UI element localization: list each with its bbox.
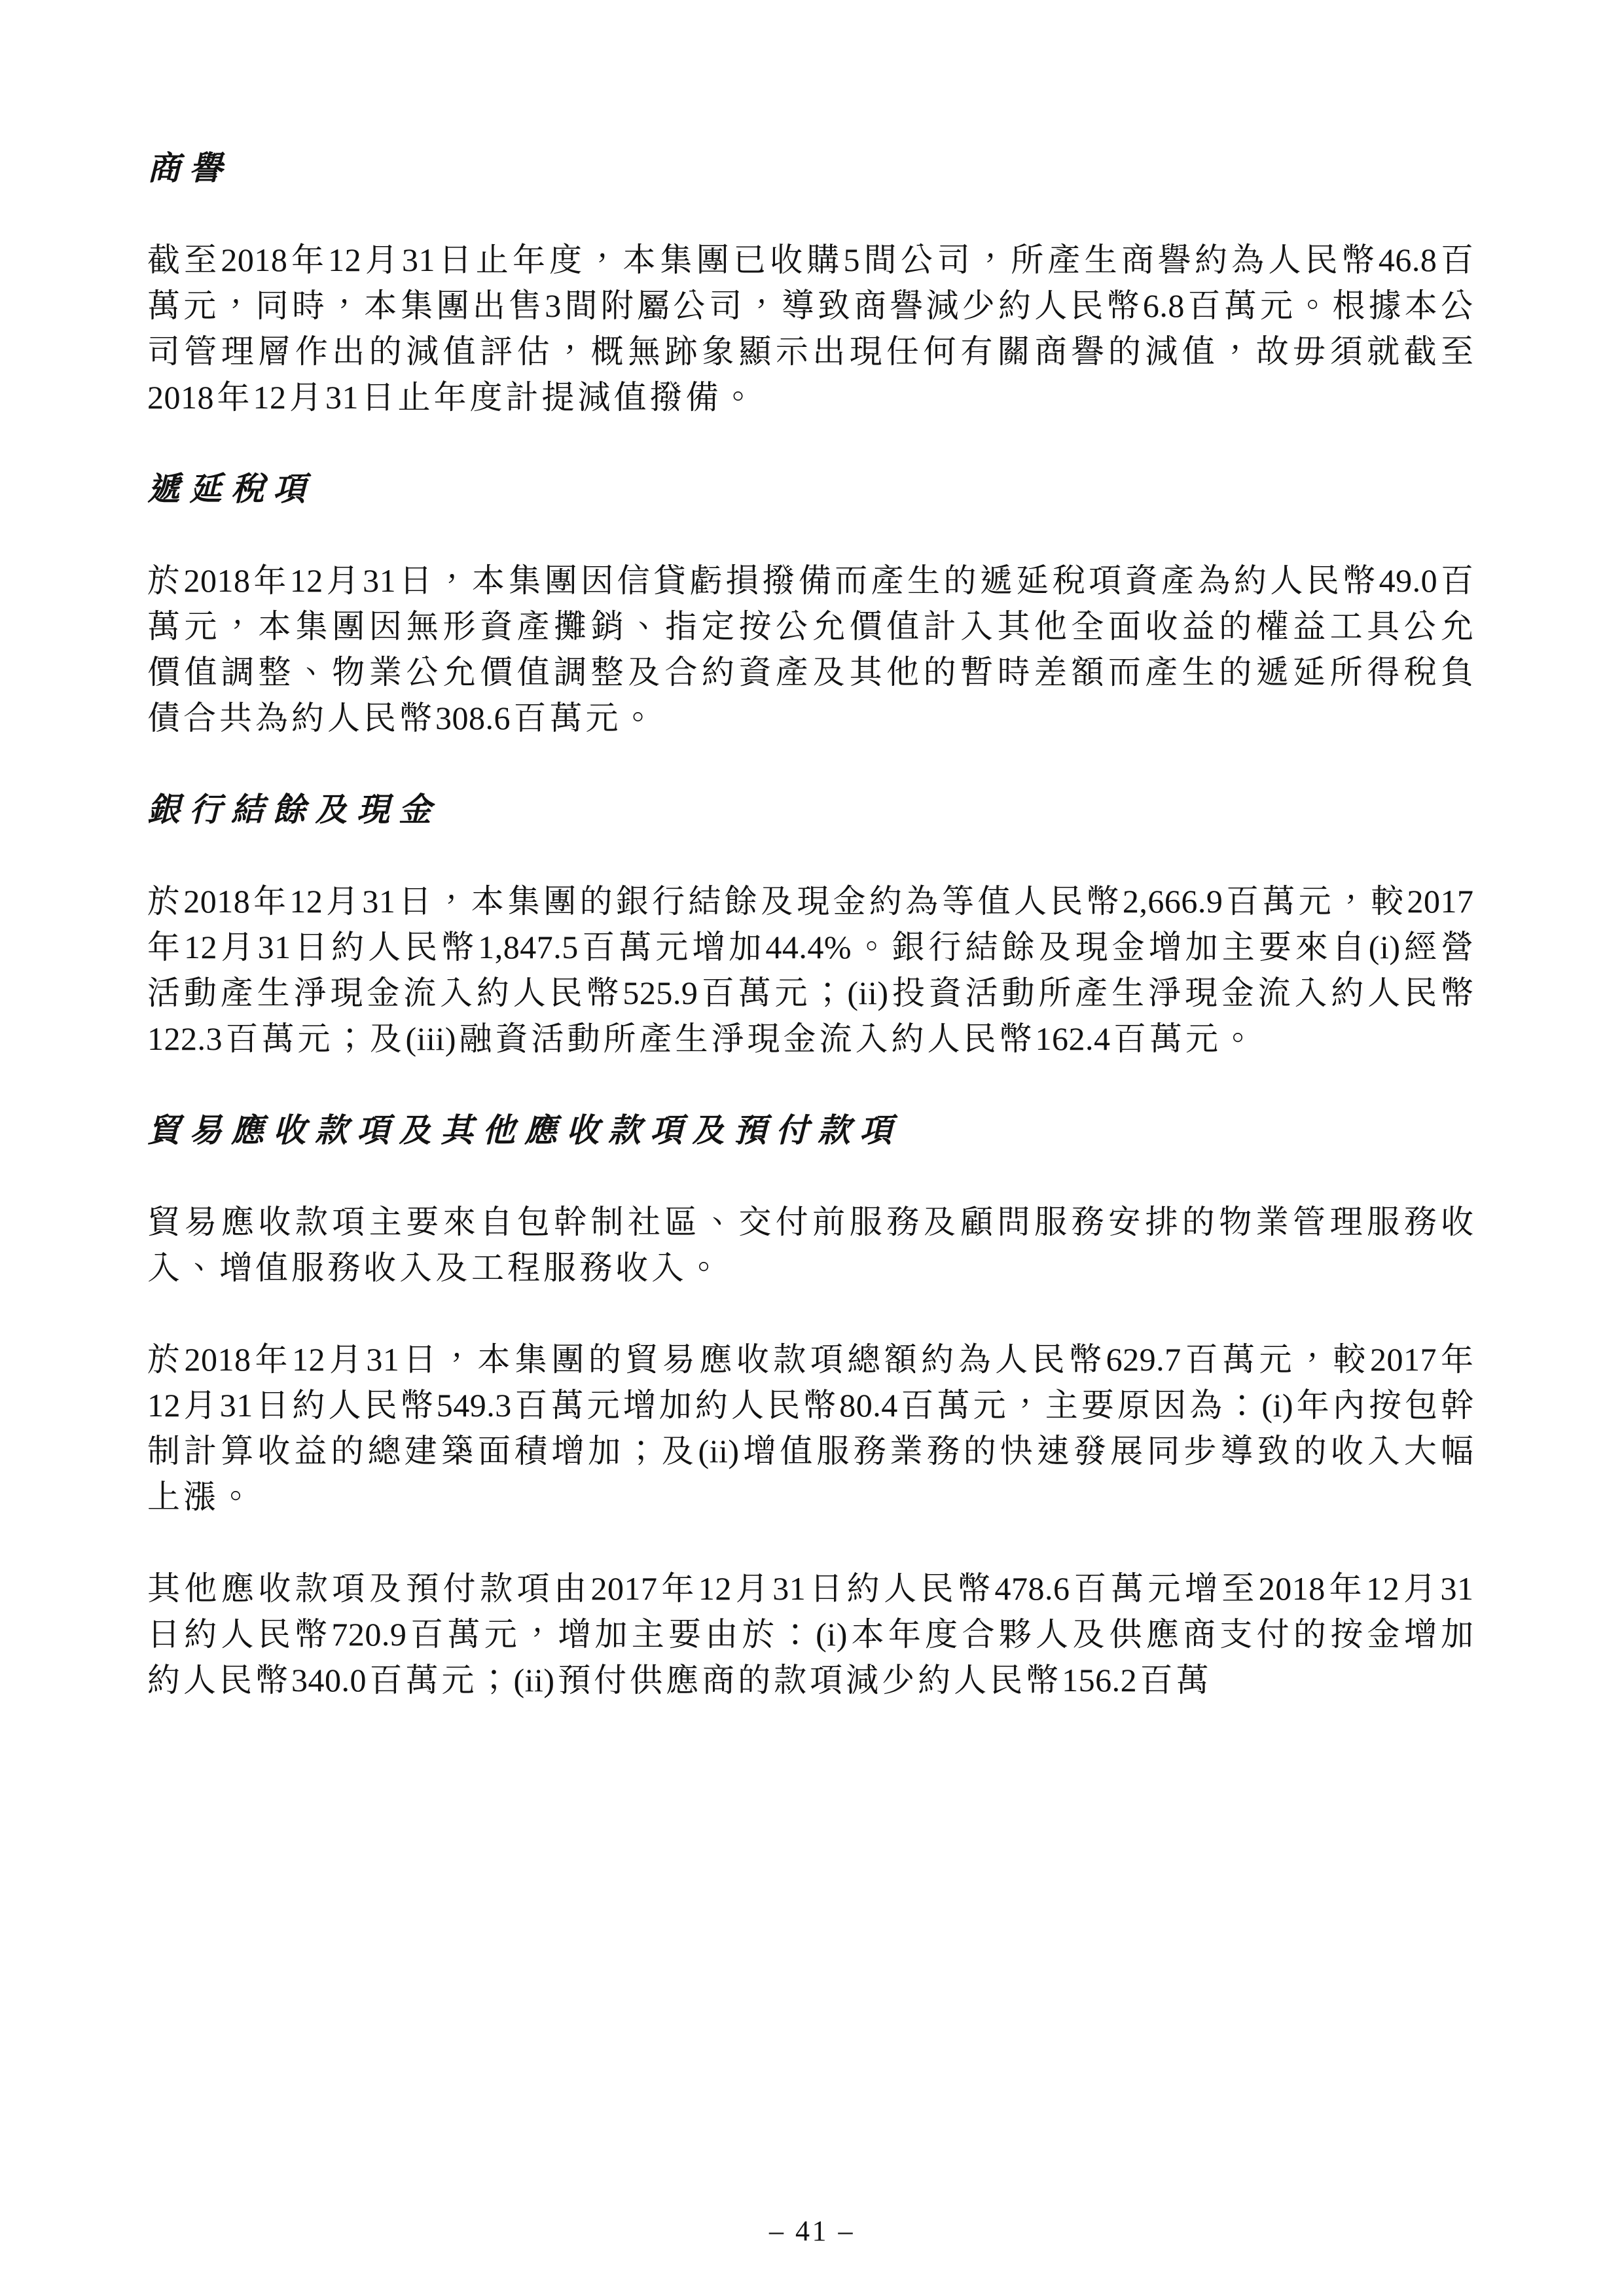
latin-run: 478.6 (994, 1570, 1070, 1607)
latin-run: 525.9 (623, 975, 698, 1011)
latin-run: 31 (362, 883, 395, 920)
latin-run: 31 (772, 1570, 806, 1607)
latin-run: 1,847.5 (478, 929, 579, 965)
latin-run: (ii) (698, 1433, 739, 1469)
latin-run: 31 (220, 1387, 253, 1424)
paragraph-bank-balances-and-cash: 於2018年12月31日，本集團的銀行結餘及現金約為等值人民幣2,666.9百萬… (147, 878, 1477, 1062)
latin-run: 2,666.9 (1123, 883, 1223, 920)
latin-run: 629.7 (1106, 1341, 1182, 1378)
latin-run: 31 (402, 242, 435, 278)
latin-run: 2017 (1370, 1341, 1437, 1378)
latin-run: 80.4 (839, 1387, 898, 1424)
latin-run: 3 (545, 287, 562, 324)
latin-run: (ii) (514, 1662, 555, 1698)
latin-run: 31 (363, 562, 396, 599)
latin-run: (iii) (406, 1020, 456, 1057)
latin-run: 31 (1441, 1570, 1474, 1607)
page-content: 商譽 截至2018年12月31日止年度，本集團已收購5間公司，所產生商譽約為人民… (147, 145, 1477, 1749)
latin-run: 2017 (1407, 883, 1474, 920)
latin-run: 31 (325, 379, 359, 416)
latin-run: 12 (184, 929, 217, 965)
latin-run: 12 (253, 379, 287, 416)
latin-run: 12 (289, 883, 323, 920)
latin-run: 2018 (221, 242, 287, 278)
latin-run: 162.4 (1035, 1020, 1110, 1057)
heading-goodwill: 商譽 (147, 145, 1477, 191)
heading-bank-balances-and-cash: 銀行結餘及現金 (147, 787, 1477, 833)
latin-run: 44.4% (765, 929, 852, 965)
latin-run: 12 (147, 1387, 181, 1424)
latin-run: 122.3 (147, 1020, 223, 1057)
latin-run: 2018 (184, 1341, 251, 1378)
latin-run: (i) (816, 1616, 848, 1653)
latin-run: 12 (698, 1570, 732, 1607)
latin-run: 46.8 (1379, 242, 1437, 278)
paragraph-trade-receivables-growth: 於2018年12月31日，本集團的貿易應收款項總額約為人民幣629.7百萬元，較… (147, 1336, 1477, 1520)
latin-run: 2018 (147, 379, 214, 416)
paragraph-deferred-tax: 於2018年12月31日，本集團因信貸虧損撥備而產生的遞延稅項資產為約人民幣49… (147, 558, 1477, 741)
latin-run: (i) (1261, 1387, 1293, 1424)
latin-run: 156.2 (1062, 1662, 1137, 1698)
latin-run: 31 (258, 929, 291, 965)
latin-run: 5 (843, 242, 860, 278)
heading-deferred-tax: 遞延稅項 (147, 466, 1477, 512)
latin-run: 2018 (183, 562, 250, 599)
latin-run: 308.6 (435, 700, 511, 736)
latin-run: 6.8 (1143, 287, 1185, 324)
latin-run: 2018 (1259, 1570, 1326, 1607)
latin-run: (ii) (847, 975, 888, 1011)
latin-run: 549.3 (437, 1387, 512, 1424)
paragraph-trade-receivables-sources: 貿易應收款項主要來自包幹制社區、交付前服務及顧問服務安排的物業管理服務收入、增值… (147, 1199, 1477, 1291)
paragraph-other-receivables-and-prepayments: 其他應收款項及預付款項由2017年12月31日約人民幣478.6百萬元增至201… (147, 1566, 1477, 1703)
page-number: – 41 – (0, 2214, 1624, 2248)
latin-run: (i) (1369, 929, 1401, 965)
paragraph-goodwill: 截至2018年12月31日止年度，本集團已收購5間公司，所產生商譽約為人民幣46… (147, 237, 1477, 420)
latin-run: 2018 (183, 883, 250, 920)
document-page: 商譽 截至2018年12月31日止年度，本集團已收購5間公司，所產生商譽約為人民… (0, 0, 1624, 2296)
latin-run: 49.0 (1379, 562, 1438, 599)
latin-run: 12 (1366, 1570, 1399, 1607)
latin-run: 340.0 (291, 1662, 367, 1698)
heading-trade-and-other-receivables-and-prepayments: 貿易應收款項及其他應收款項及預付款項 (147, 1107, 1477, 1153)
latin-run: 12 (328, 242, 361, 278)
latin-run: 31 (366, 1341, 399, 1378)
latin-run: 2017 (590, 1570, 657, 1607)
latin-run: 720.9 (331, 1616, 406, 1653)
latin-run: 12 (290, 562, 323, 599)
latin-run: 12 (292, 1341, 325, 1378)
